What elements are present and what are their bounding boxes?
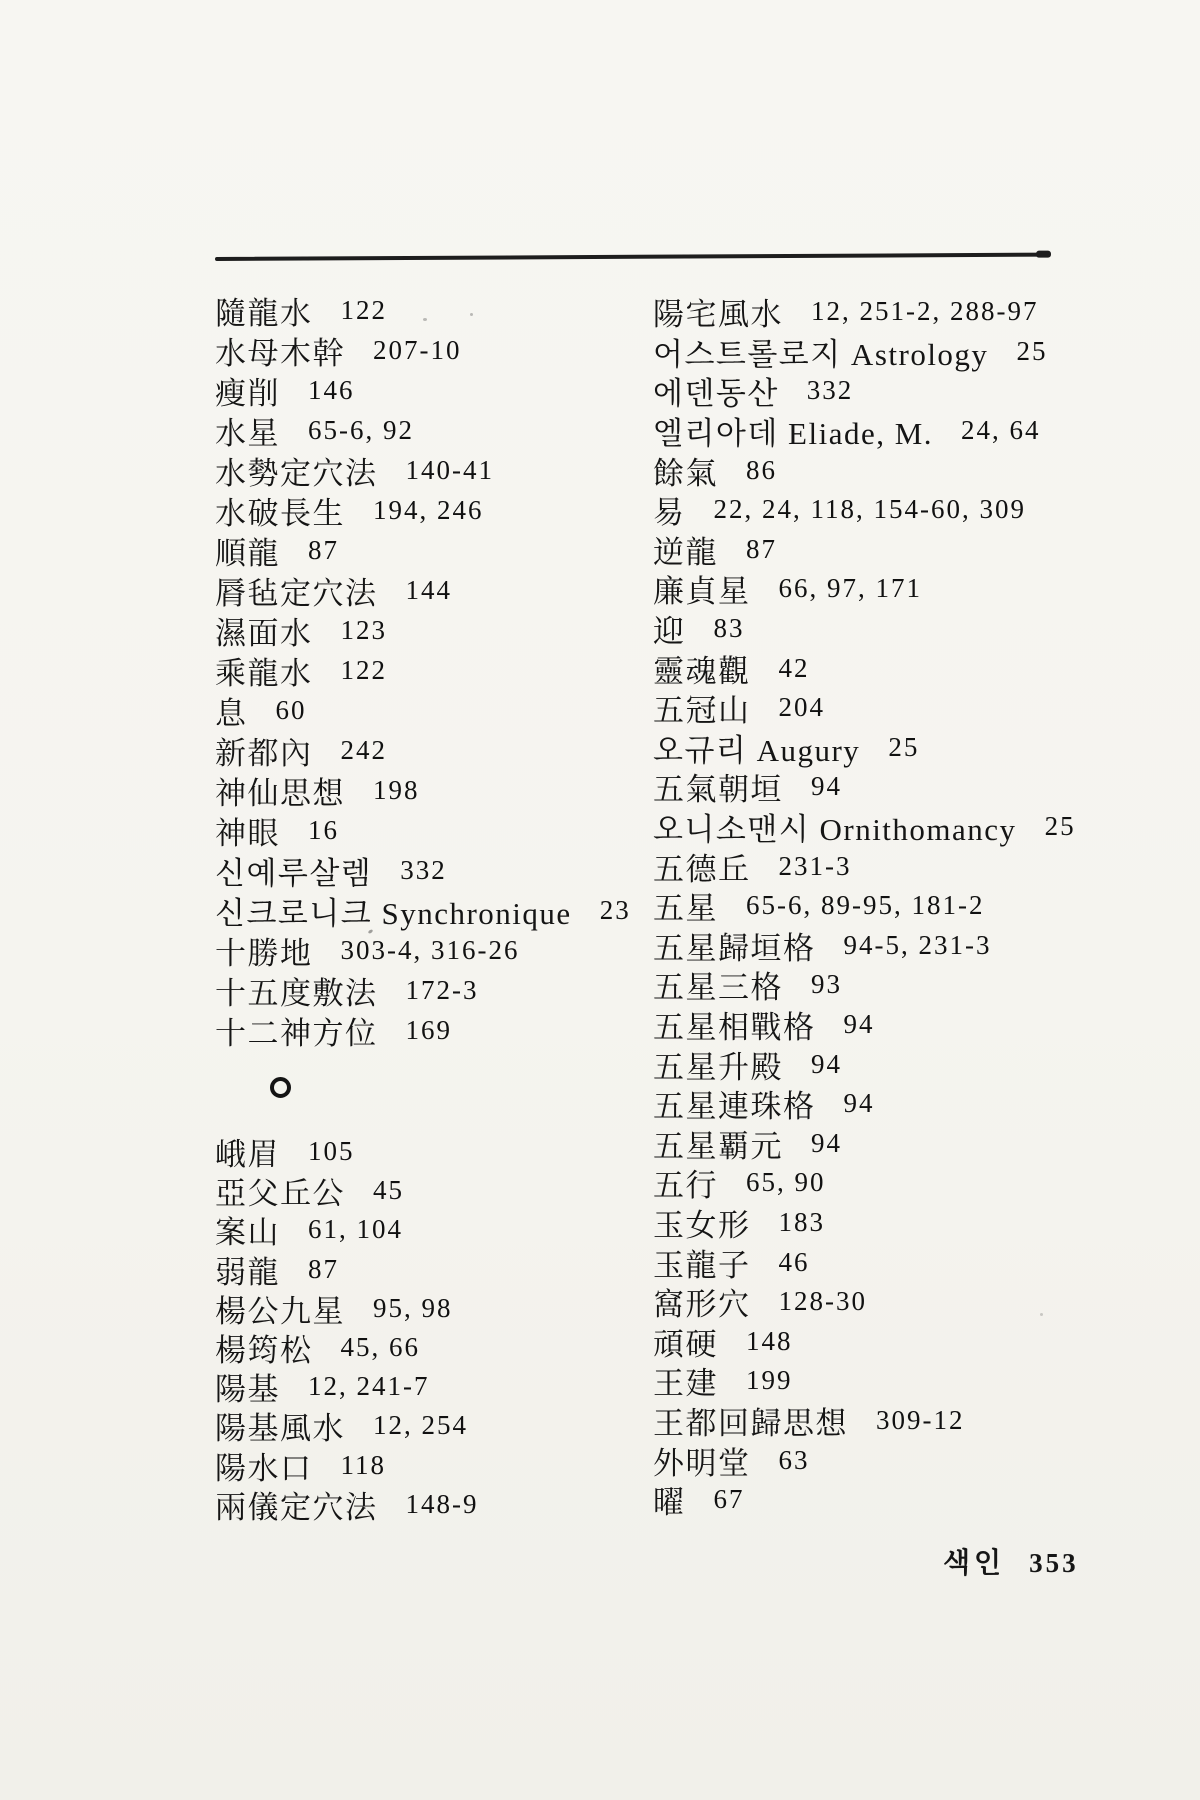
- entry-pages: 87: [308, 1254, 339, 1285]
- entry-pages: 86: [746, 455, 777, 486]
- entry-term: 水母木幹: [215, 328, 345, 373]
- entry-pages: 309-12: [876, 1405, 965, 1436]
- entry-term: 脣毡定穴法: [215, 568, 378, 613]
- entry-term: 五德丘: [653, 844, 751, 889]
- entry-pages: 146: [308, 375, 355, 406]
- entry-pages: 198: [373, 775, 420, 806]
- index-entry: 神眼16: [215, 810, 655, 850]
- entry-pages: 231-3: [779, 851, 852, 882]
- entry-term: 窩形穴: [653, 1279, 751, 1324]
- index-entry: 息60: [215, 690, 655, 730]
- entry-pages: 118: [341, 1450, 387, 1481]
- index-entry: 十五度敷法172-3: [215, 970, 655, 1010]
- entry-pages: 94: [811, 771, 842, 802]
- entry-term: 餘氣: [653, 448, 718, 493]
- entry-term: 玉龍子: [653, 1240, 751, 1285]
- entry-pages: 199: [746, 1365, 793, 1396]
- entry-pages: 22, 24, 118, 154-60, 309: [714, 494, 1027, 525]
- entry-pages: 65, 90: [746, 1167, 826, 1198]
- entry-pages: 94: [811, 1128, 842, 1159]
- entry-term: 五星相戰格: [653, 1002, 816, 1047]
- entry-pages: 148-9: [406, 1489, 479, 1520]
- entry-term: 五星: [653, 883, 718, 928]
- index-entry: 五星連珠格94: [653, 1084, 1173, 1124]
- entry-pages: 61, 104: [308, 1214, 403, 1245]
- index-entry: 오니소맨시 Ornithomancy25: [653, 807, 1173, 847]
- entry-term: 陽宅風水: [653, 289, 783, 334]
- index-entry: 五星歸垣格94-5, 231-3: [653, 926, 1173, 966]
- index-entry: 楊公九星95, 98: [215, 1289, 655, 1328]
- index-entry: 濕面水123: [215, 610, 655, 650]
- index-entry: 水勢定穴法140-41: [215, 450, 655, 490]
- entry-pages: 12, 254: [373, 1410, 468, 1441]
- index-entry: 順龍87: [215, 530, 655, 570]
- entry-pages: 63: [779, 1445, 810, 1476]
- page-footer: 색인 353: [943, 1541, 1079, 1581]
- index-entry: 水破長生194, 246: [215, 490, 655, 530]
- entry-pages: 46: [779, 1247, 810, 1278]
- index-entry: 陽基風水12, 254: [215, 1406, 655, 1445]
- index-entry: 陽水口118: [215, 1446, 655, 1485]
- index-entry: 五星三格93: [653, 965, 1173, 1005]
- entry-pages: 183: [779, 1207, 826, 1238]
- index-entry: 오규리 Augury25: [653, 728, 1173, 768]
- index-entry: 신예루살렘332: [215, 850, 655, 890]
- entry-term: 어스트롤로지 Astrology: [653, 329, 988, 374]
- entry-pages: 169: [406, 1015, 453, 1046]
- index-entry: 脣毡定穴法144: [215, 570, 655, 610]
- index-entry: 陽基12, 241-7: [215, 1367, 655, 1406]
- index-entry: 十勝地303-4, 316-26: [215, 930, 655, 970]
- entry-group: 峨眉105亞父丘公45案山61, 104弱龍87楊公九星95, 98楊筠松45,…: [215, 1132, 655, 1524]
- entry-term: 兩儀定穴法: [215, 1482, 378, 1527]
- entry-pages: 45, 66: [341, 1332, 421, 1363]
- index-entry: 乘龍水122: [215, 650, 655, 690]
- index-entry: 逆龍87: [653, 530, 1173, 570]
- index-entry: 陽宅風水12, 251-2, 288-97: [653, 292, 1173, 332]
- entry-pages: 148: [746, 1326, 793, 1357]
- index-entry: 王建199: [653, 1361, 1173, 1401]
- index-entry: 頑硬148: [653, 1321, 1173, 1361]
- index-entry: 案山61, 104: [215, 1210, 655, 1249]
- entry-pages: 83: [714, 613, 745, 644]
- entry-term: 逆龍: [653, 527, 718, 572]
- index-entry: 五行65, 90: [653, 1163, 1173, 1203]
- section-header: O: [215, 1060, 655, 1114]
- entry-pages: 122: [341, 655, 388, 686]
- scanned-index-page: 隨龍水122水母木幹207-10瘦削146水星65-6, 92水勢定穴法140-…: [0, 0, 1200, 1800]
- entry-term: 十五度敷法: [215, 968, 378, 1013]
- index-entry: 玉女形183: [653, 1203, 1173, 1243]
- index-entry: 瘦削146: [215, 370, 655, 410]
- entry-pages: 140-41: [406, 455, 495, 486]
- entry-term: 신예루살렘: [215, 848, 372, 893]
- entry-pages: 95, 98: [373, 1293, 453, 1324]
- entry-pages: 204: [779, 692, 826, 723]
- entry-term: 五星升殿: [653, 1042, 783, 1087]
- entry-term: 五星歸垣格: [653, 923, 816, 968]
- footer-index-label: 색인: [943, 1541, 1005, 1581]
- entry-term: 에덴동산: [653, 368, 779, 413]
- index-entry: 신크로니크 Synchronique23: [215, 890, 655, 930]
- index-entry: 水星65-6, 92: [215, 410, 655, 450]
- index-entry: 迎83: [653, 609, 1173, 649]
- index-entry: 楊筠松45, 66: [215, 1328, 655, 1367]
- index-entry: 五德丘231-3: [653, 846, 1173, 886]
- index-entry: 水母木幹207-10: [215, 330, 655, 370]
- index-entry: 隨龍水122: [215, 290, 655, 330]
- entry-term: 玉女形: [653, 1200, 751, 1245]
- index-entry: 廉貞星66, 97, 171: [653, 569, 1173, 609]
- index-entry: 易22, 24, 118, 154-60, 309: [653, 490, 1173, 530]
- entry-pages: 12, 251-2, 288-97: [811, 296, 1038, 327]
- entry-pages: 42: [779, 653, 810, 684]
- entry-pages: 207-10: [373, 335, 462, 366]
- entry-pages: 25: [1045, 811, 1076, 842]
- entry-term: 五氣朝垣: [653, 764, 783, 809]
- index-entry: 五星相戰格94: [653, 1005, 1173, 1045]
- entry-term: 王都回歸思想: [653, 1398, 848, 1443]
- entry-pages: 242: [341, 735, 388, 766]
- entry-term: 廉貞星: [653, 566, 751, 611]
- entry-pages: 128-30: [779, 1286, 868, 1317]
- entry-term: 息: [215, 688, 248, 733]
- entry-pages: 94: [844, 1088, 875, 1119]
- entry-term: 오규리 Augury: [653, 725, 860, 770]
- entry-pages: 172-3: [406, 975, 479, 1006]
- entry-term: 乘龍水: [215, 648, 313, 693]
- entry-term: 五行: [653, 1160, 718, 1205]
- index-entry: 亞父丘公45: [215, 1171, 655, 1210]
- entry-pages: 24, 64: [961, 415, 1041, 446]
- index-entry: 窩形穴128-30: [653, 1282, 1173, 1322]
- index-entry: 에덴동산332: [653, 371, 1173, 411]
- index-column-right: 陽宅風水12, 251-2, 288-97어스트롤로지 Astrology25에…: [653, 292, 1173, 1519]
- entry-pages: 16: [308, 815, 339, 846]
- entry-term: 迎: [653, 606, 686, 651]
- entry-pages: 66, 97, 171: [779, 573, 923, 604]
- index-entry: 外明堂63: [653, 1440, 1173, 1480]
- entry-pages: 144: [406, 575, 453, 606]
- index-entry: 弱龍87: [215, 1250, 655, 1289]
- index-entry: 엘리아데 Eliade, M.24, 64: [653, 411, 1173, 451]
- entry-term: 五星三格: [653, 962, 783, 1007]
- entry-term: 新都內: [215, 728, 313, 773]
- index-entry: 玉龍子46: [653, 1242, 1173, 1282]
- entry-group: 隨龍水122水母木幹207-10瘦削146水星65-6, 92水勢定穴法140-…: [215, 290, 655, 1050]
- entry-pages: 122: [341, 295, 388, 326]
- footer-page-number: 353: [1029, 1548, 1079, 1579]
- entry-term: 靈魂觀: [653, 646, 751, 691]
- entry-pages: 303-4, 316-26: [341, 935, 520, 966]
- entry-pages: 93: [811, 969, 842, 1000]
- entry-term: 十二神方位: [215, 1008, 378, 1053]
- scan-speck: [423, 318, 427, 321]
- index-entry: 新都內242: [215, 730, 655, 770]
- entry-term: 十勝地: [215, 928, 313, 973]
- entry-pages: 87: [746, 534, 777, 565]
- index-entry: 餘氣86: [653, 450, 1173, 490]
- entry-term: 易: [653, 487, 686, 532]
- entry-group: 陽宅風水12, 251-2, 288-97어스트롤로지 Astrology25에…: [653, 292, 1173, 1519]
- scan-speck: [470, 313, 473, 316]
- index-entry: 五氣朝垣94: [653, 767, 1173, 807]
- entry-term: 水破長生: [215, 488, 345, 533]
- entry-pages: 123: [341, 615, 388, 646]
- entry-term: 瘦削: [215, 368, 280, 413]
- entry-term: 頑硬: [653, 1319, 718, 1364]
- entry-term: 신크로니크 Synchronique: [215, 888, 572, 933]
- entry-pages: 67: [714, 1484, 745, 1515]
- entry-term: 五冠山: [653, 685, 751, 730]
- index-entry: 王都回歸思想309-12: [653, 1401, 1173, 1441]
- entry-term: 오니소맨시 Ornithomancy: [653, 804, 1017, 849]
- entry-term: 엘리아데 Eliade, M.: [653, 408, 933, 453]
- entry-term: 五星覇元: [653, 1121, 783, 1166]
- entry-term: 水勢定穴法: [215, 448, 378, 493]
- entry-pages: 87: [308, 535, 339, 566]
- scan-speck: [1040, 1313, 1043, 1316]
- entry-pages: 94-5, 231-3: [844, 930, 992, 961]
- index-entry: 五星65-6, 89-95, 181-2: [653, 886, 1173, 926]
- index-entry: 曜67: [653, 1480, 1173, 1520]
- index-entry: 五星覇元94: [653, 1123, 1173, 1163]
- entry-pages: 25: [888, 732, 919, 763]
- entry-pages: 45: [373, 1175, 404, 1206]
- entry-pages: 332: [807, 375, 854, 406]
- header-rule: [215, 253, 1048, 261]
- index-entry: 神仙思想198: [215, 770, 655, 810]
- entry-pages: 65-6, 92: [308, 415, 414, 446]
- entry-pages: 332: [400, 855, 447, 886]
- entry-term: 濕面水: [215, 608, 313, 653]
- entry-pages: 94: [811, 1049, 842, 1080]
- entry-term: 曜: [653, 1477, 686, 1522]
- entry-term: 水星: [215, 408, 280, 453]
- entry-term: 王建: [653, 1358, 718, 1403]
- index-entry: 五星升殿94: [653, 1044, 1173, 1084]
- entry-term: 隨龍水: [215, 288, 313, 333]
- index-entry: 어스트롤로지 Astrology25: [653, 332, 1173, 372]
- entry-pages: 105: [308, 1136, 355, 1167]
- index-entry: 兩儀定穴法148-9: [215, 1485, 655, 1524]
- index-entry: 十二神方位169: [215, 1010, 655, 1050]
- entry-pages: 23: [600, 895, 631, 926]
- entry-term: 神眼: [215, 808, 280, 853]
- index-entry: 峨眉105: [215, 1132, 655, 1171]
- entry-pages: 194, 246: [373, 495, 484, 526]
- entry-pages: 65-6, 89-95, 181-2: [746, 890, 984, 921]
- entry-pages: 12, 241-7: [308, 1371, 430, 1402]
- index-entry: 五冠山204: [653, 688, 1173, 728]
- index-entry: 靈魂觀42: [653, 648, 1173, 688]
- section-letter: O: [270, 1077, 291, 1098]
- entry-term: 順龍: [215, 528, 280, 573]
- entry-pages: 25: [1016, 336, 1047, 367]
- index-column-left: 隨龍水122水母木幹207-10瘦削146水星65-6, 92水勢定穴法140-…: [215, 290, 655, 1524]
- entry-pages: 94: [844, 1009, 875, 1040]
- entry-term: 外明堂: [653, 1438, 751, 1483]
- entry-term: 神仙思想: [215, 768, 345, 813]
- entry-term: 五星連珠格: [653, 1081, 816, 1126]
- entry-pages: 60: [276, 695, 307, 726]
